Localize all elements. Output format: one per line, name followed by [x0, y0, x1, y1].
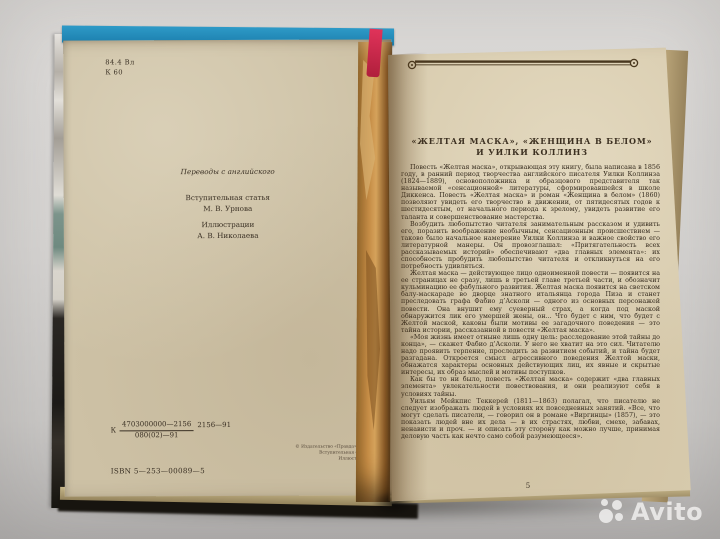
left-page: 84.4 Вл К 60 Переводы с английского Всту… — [63, 39, 393, 496]
catalog-numerator: 4703000000—2156 — [120, 420, 193, 431]
page-curvature-shadow — [388, 44, 428, 504]
illustrations-author: А. В. Николаева — [64, 229, 392, 241]
catalog-number: К 4703000000—2156 080(02)—91 2156—91 — [111, 420, 232, 439]
bbk-classification-code: 84.4 Вл К 60 — [105, 57, 134, 77]
article-title-line1: «ЖЕЛТАЯ МАСКА», «ЖЕНЩИНА В БЕЛОМ» — [396, 136, 668, 147]
paragraph: Как бы то ни было, повесть «Желтая маска… — [401, 376, 660, 397]
paragraph: Желтая маска — действующее лицо одноимен… — [401, 270, 660, 334]
paragraph: Уильям Мейкпис Теккерей (1811—1863) пола… — [401, 398, 660, 440]
illustrations-credit: Иллюстрации А. В. Николаева — [64, 218, 392, 241]
catalog-fraction: 4703000000—2156 080(02)—91 — [120, 420, 193, 439]
avito-watermark: Avito — [598, 497, 703, 527]
article-title: «ЖЕЛТАЯ МАСКА», «ЖЕНЩИНА В БЕЛОМ» И УИЛК… — [396, 136, 668, 157]
avito-logo-icon — [598, 497, 628, 527]
introduction-credit: Вступительная статья М. В. Урнова — [64, 191, 392, 214]
paragraph: Возбудить любопытство читателя занимател… — [401, 221, 660, 271]
page-number: 5 — [388, 482, 668, 490]
catalog-suffix: 2156—91 — [197, 420, 231, 429]
right-page: «ЖЕЛТАЯ МАСКА», «ЖЕНЩИНА В БЕЛОМ» И УИЛК… — [388, 44, 692, 504]
avito-watermark-text: Avito — [631, 497, 703, 527]
header-ornament-rule — [406, 57, 640, 71]
translation-note: Переводы с английского — [64, 166, 392, 176]
catalog-prefix: К — [111, 426, 116, 434]
article-body: Повесть «Желтая маска», открывающая эту … — [401, 164, 660, 440]
photo-background: 84.4 Вл К 60 Переводы с английского Всту… — [0, 0, 720, 539]
introduction-author: М. В. Урнова — [64, 202, 392, 214]
paragraph: Повесть «Желтая маска», открывающая эту … — [401, 164, 660, 221]
paragraph: «Моя жизнь имеет отныне лишь одну цель: … — [401, 334, 660, 376]
isbn-number: ISBN 5—253—00089—5 — [111, 466, 205, 475]
catalog-denominator: 080(02)—91 — [120, 431, 193, 440]
article-title-line2: И УИЛКИ КОЛЛИНЗ — [396, 147, 668, 158]
